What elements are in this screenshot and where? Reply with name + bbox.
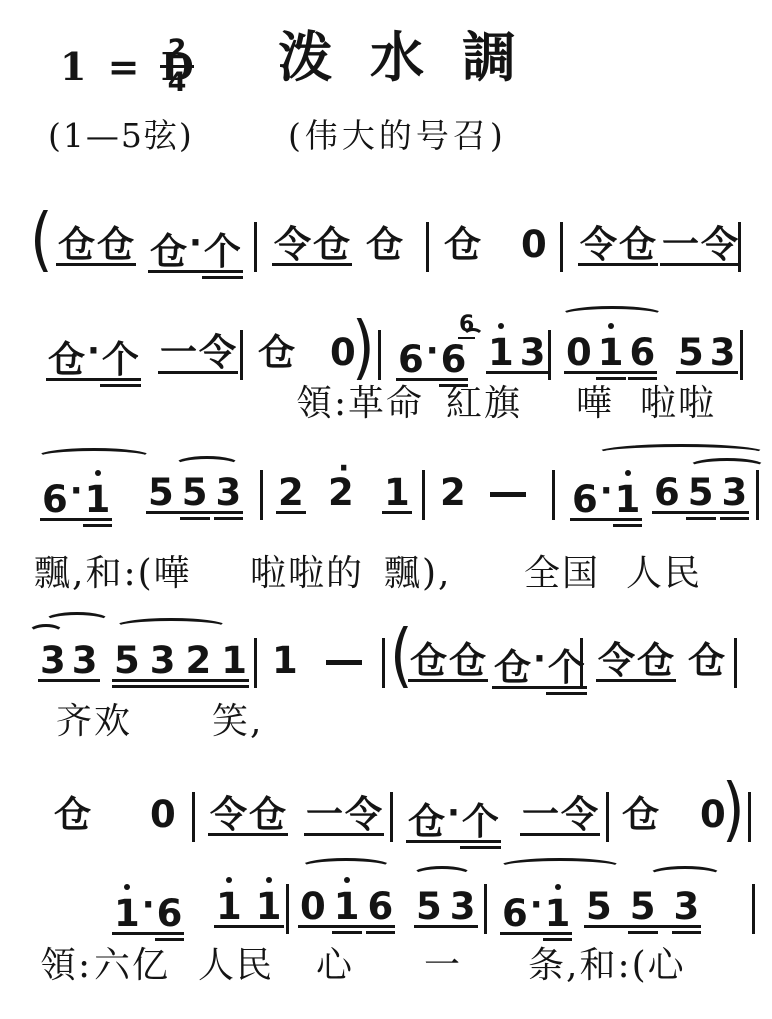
note: 1 — [114, 895, 140, 932]
note-group: 仓·个 — [492, 642, 587, 695]
note-group: 仓·个 — [148, 226, 243, 279]
dotted-rhythm-dot: · — [70, 474, 83, 508]
barline — [390, 792, 393, 842]
barline — [734, 638, 737, 688]
note: 3 — [674, 888, 700, 925]
note: 令 — [598, 642, 635, 679]
system-paren: ) — [722, 774, 745, 844]
note: 一 — [662, 226, 699, 263]
dotted-rhythm-dot: · — [530, 888, 543, 922]
note: 3 — [520, 334, 546, 371]
lyric-segment: 条,和:(心 — [528, 944, 686, 987]
note: 6 — [157, 895, 183, 932]
note: 令 — [274, 226, 311, 263]
note: 6 — [398, 341, 424, 378]
note: 1 — [334, 888, 360, 925]
note: 令 — [580, 226, 617, 263]
note: 仓 — [444, 226, 481, 263]
note: 6 — [441, 341, 467, 378]
note: 1 — [545, 895, 571, 932]
note-group: 仓仓 — [56, 226, 136, 272]
note: 0 — [566, 334, 592, 371]
lyric-segment: 紅旗 — [446, 382, 522, 425]
barline — [484, 884, 487, 934]
note-group: 1 — [382, 474, 412, 520]
lyric-segment: 啦啦的 — [250, 552, 364, 595]
barline — [192, 792, 195, 842]
barline — [580, 638, 583, 688]
note-group: 13 — [486, 334, 548, 380]
note-group: 653 — [652, 474, 749, 520]
barline — [254, 638, 257, 688]
note-group: 令仓 — [208, 796, 288, 842]
slur-arc — [114, 618, 228, 636]
lyrics-line: 領:六亿人民心一条,和:(心 — [0, 944, 772, 996]
slur-arc — [560, 306, 664, 324]
barline — [382, 638, 385, 688]
slur-arc — [648, 866, 722, 884]
note: 1 — [216, 888, 242, 925]
note: 一 — [306, 796, 343, 833]
note: 3 — [72, 642, 98, 679]
note: 仓 — [97, 226, 134, 263]
note: 1 — [256, 888, 282, 925]
note: 1 — [272, 642, 298, 679]
barline — [606, 792, 609, 842]
note: 2 — [328, 474, 354, 511]
note-group: 1·6 — [112, 888, 184, 941]
note-group: 6·1 — [500, 888, 572, 941]
music-line: 6·155322126·1653 — [0, 444, 772, 536]
barline — [286, 884, 289, 934]
lyric-segment: 飄), — [384, 552, 452, 595]
score-body: (仓仓仓·个令仓仓仓0令仓一令仓·个一令仓0)6·661301653領:革命紅旗… — [0, 0, 772, 1019]
note: 3 — [710, 334, 736, 371]
note: 5 — [678, 334, 704, 371]
half-note-dash — [326, 660, 362, 665]
note: 3 — [722, 474, 748, 511]
note: 0 — [300, 888, 326, 925]
lyric-segment: 心 — [316, 944, 354, 987]
note: 仓 — [410, 642, 447, 679]
slur-arc — [300, 858, 392, 876]
note: 0 — [521, 226, 547, 263]
note-group: 令仓 — [272, 226, 352, 272]
note: 2 — [186, 642, 212, 679]
note-group: 016 — [564, 334, 657, 380]
note: 令 — [561, 796, 598, 833]
dotted-rhythm-dot: · — [533, 642, 546, 676]
note: 5 — [688, 474, 714, 511]
note: 仓 — [622, 796, 659, 833]
barline — [426, 222, 429, 272]
note: 仓 — [150, 233, 187, 270]
note: 6 — [42, 481, 68, 518]
lyrics-line: 齐欢笑, — [0, 700, 772, 752]
lyric-segment: 領: — [40, 944, 92, 987]
slur-arc — [36, 448, 152, 466]
slur-arc — [462, 328, 484, 346]
note: 1 — [598, 334, 624, 371]
note: 令 — [701, 226, 738, 263]
barline — [756, 470, 759, 520]
note: 仓 — [494, 649, 531, 686]
barline — [240, 330, 243, 380]
note: 3 — [150, 642, 176, 679]
slur-arc — [412, 866, 472, 884]
note-group: 53 — [414, 888, 478, 934]
note: 令 — [210, 796, 247, 833]
dotted-rhythm-dot: · — [142, 888, 155, 922]
lyric-segment: 革命 — [348, 382, 424, 425]
lyric-segment: 全国 — [524, 552, 600, 595]
note: 5 — [114, 642, 140, 679]
lyric-segment: 嘩 — [576, 382, 614, 425]
barline — [740, 330, 743, 380]
music-line: 3353211(仓仓仓·个令仓仓 — [0, 612, 772, 704]
dotted-rhythm-dot: · — [87, 334, 100, 368]
note: 仓 — [313, 226, 350, 263]
slur-arc — [174, 456, 240, 474]
barline — [560, 222, 563, 272]
system-paren: ( — [30, 204, 53, 274]
half-note-dash — [490, 492, 526, 497]
barline — [378, 330, 381, 380]
note-group: 仓·个 — [46, 334, 141, 387]
note: 2 — [278, 474, 304, 511]
barline — [260, 470, 263, 520]
note-group: 33 — [38, 642, 100, 688]
note: 5 — [416, 888, 442, 925]
note: 令 — [199, 334, 236, 371]
slur-arc — [44, 612, 110, 630]
note: 仓 — [688, 642, 725, 679]
note: 5 — [586, 888, 612, 925]
note: 个 — [204, 233, 241, 270]
music-line: 1·611016536·1553 — [0, 858, 772, 950]
note-group: 一令 — [520, 796, 600, 842]
note: 个 — [462, 803, 499, 840]
note: 仓 — [449, 642, 486, 679]
note-group: 仓仓 — [408, 642, 488, 688]
note-group: 6·1 — [570, 474, 642, 527]
lyric-segment: 飄,和:(嘩 — [34, 552, 192, 595]
note-group: 令仓 — [578, 226, 658, 272]
dotted-rhythm-dot: · — [600, 474, 613, 508]
note: 2 — [440, 474, 466, 511]
lyric-segment: 齐欢 — [56, 700, 132, 743]
note: 仓 — [58, 226, 95, 263]
note: 令 — [345, 796, 382, 833]
note: 仓 — [637, 642, 674, 679]
note: 仓 — [258, 334, 295, 371]
note: 0 — [150, 796, 176, 833]
note-group: 53 — [676, 334, 738, 380]
system-paren: ) — [352, 312, 375, 382]
note: 1 — [384, 474, 410, 511]
note: 5 — [182, 474, 208, 511]
note-group: 553 — [584, 888, 701, 934]
note: 5 — [630, 888, 656, 925]
lyric-segment: 人民 — [198, 944, 274, 987]
dotted-rhythm-dot: · — [189, 226, 202, 260]
music-line: (仓仓仓·个令仓仓仓0令仓一令 — [0, 196, 772, 288]
lyric-segment: 一 — [424, 944, 462, 987]
sheet-music-page: 1 = D 2 4 泼水調 (1—5弦) (伟大的号召) (仓仓仓·个令仓仓仓0… — [0, 0, 772, 1019]
note-group: 一令 — [304, 796, 384, 842]
note: 仓 — [619, 226, 656, 263]
barline — [254, 222, 257, 272]
note-group: 6·6 — [396, 334, 468, 387]
note: 1 — [85, 481, 111, 518]
note-group: 仓·个 — [406, 796, 501, 849]
barline — [548, 330, 551, 380]
note: 1 — [221, 642, 247, 679]
lyric-segment: 笑, — [212, 700, 263, 743]
note-group: 令仓 — [596, 642, 676, 688]
note: 6 — [654, 474, 680, 511]
lyric-segment: 啦啦 — [640, 382, 716, 425]
barline — [748, 792, 751, 842]
note-group: 一令 — [660, 226, 740, 272]
note: 3 — [450, 888, 476, 925]
note: 仓 — [54, 796, 91, 833]
barline — [738, 222, 741, 272]
lyric-segment: 領: — [296, 382, 348, 425]
note-group: 553 — [146, 474, 243, 520]
note-group: 5321 — [112, 642, 249, 688]
note: 仓 — [48, 341, 85, 378]
dotted-rhythm-dot: · — [447, 796, 460, 830]
dotted-rhythm-dot: · — [426, 334, 439, 368]
note: 仓 — [249, 796, 286, 833]
note-group: 016 — [298, 888, 395, 934]
slur-arc — [498, 858, 622, 876]
barline — [422, 470, 425, 520]
note-group: 11 — [214, 888, 284, 934]
note: 1 — [615, 481, 641, 518]
note: 5 — [148, 474, 174, 511]
note: 1 — [488, 334, 514, 371]
note: 6 — [368, 888, 394, 925]
note: 6 — [502, 895, 528, 932]
lyrics-line: 飄,和:(嘩啦啦的飄),全国人民 — [0, 552, 772, 604]
note: 3 — [216, 474, 242, 511]
note: 个 — [102, 341, 139, 378]
note: 6 — [572, 481, 598, 518]
barline — [752, 884, 755, 934]
note: 3 — [40, 642, 66, 679]
barline — [552, 470, 555, 520]
music-line: 仓0令仓一令仓·个一令仓0) — [0, 766, 772, 858]
note-group: 6·1 — [40, 474, 112, 527]
note: 一 — [522, 796, 559, 833]
note-group: 2 — [276, 474, 306, 520]
lyric-segment: 人民 — [626, 552, 702, 595]
note: 仓 — [366, 226, 403, 263]
lyric-segment: 六亿 — [94, 944, 170, 987]
note: 仓 — [408, 803, 445, 840]
lyrics-line: 領:革命紅旗嘩啦啦 — [0, 382, 772, 434]
note-group: 一令 — [158, 334, 238, 380]
note: 一 — [160, 334, 197, 371]
note: 6 — [630, 334, 656, 371]
